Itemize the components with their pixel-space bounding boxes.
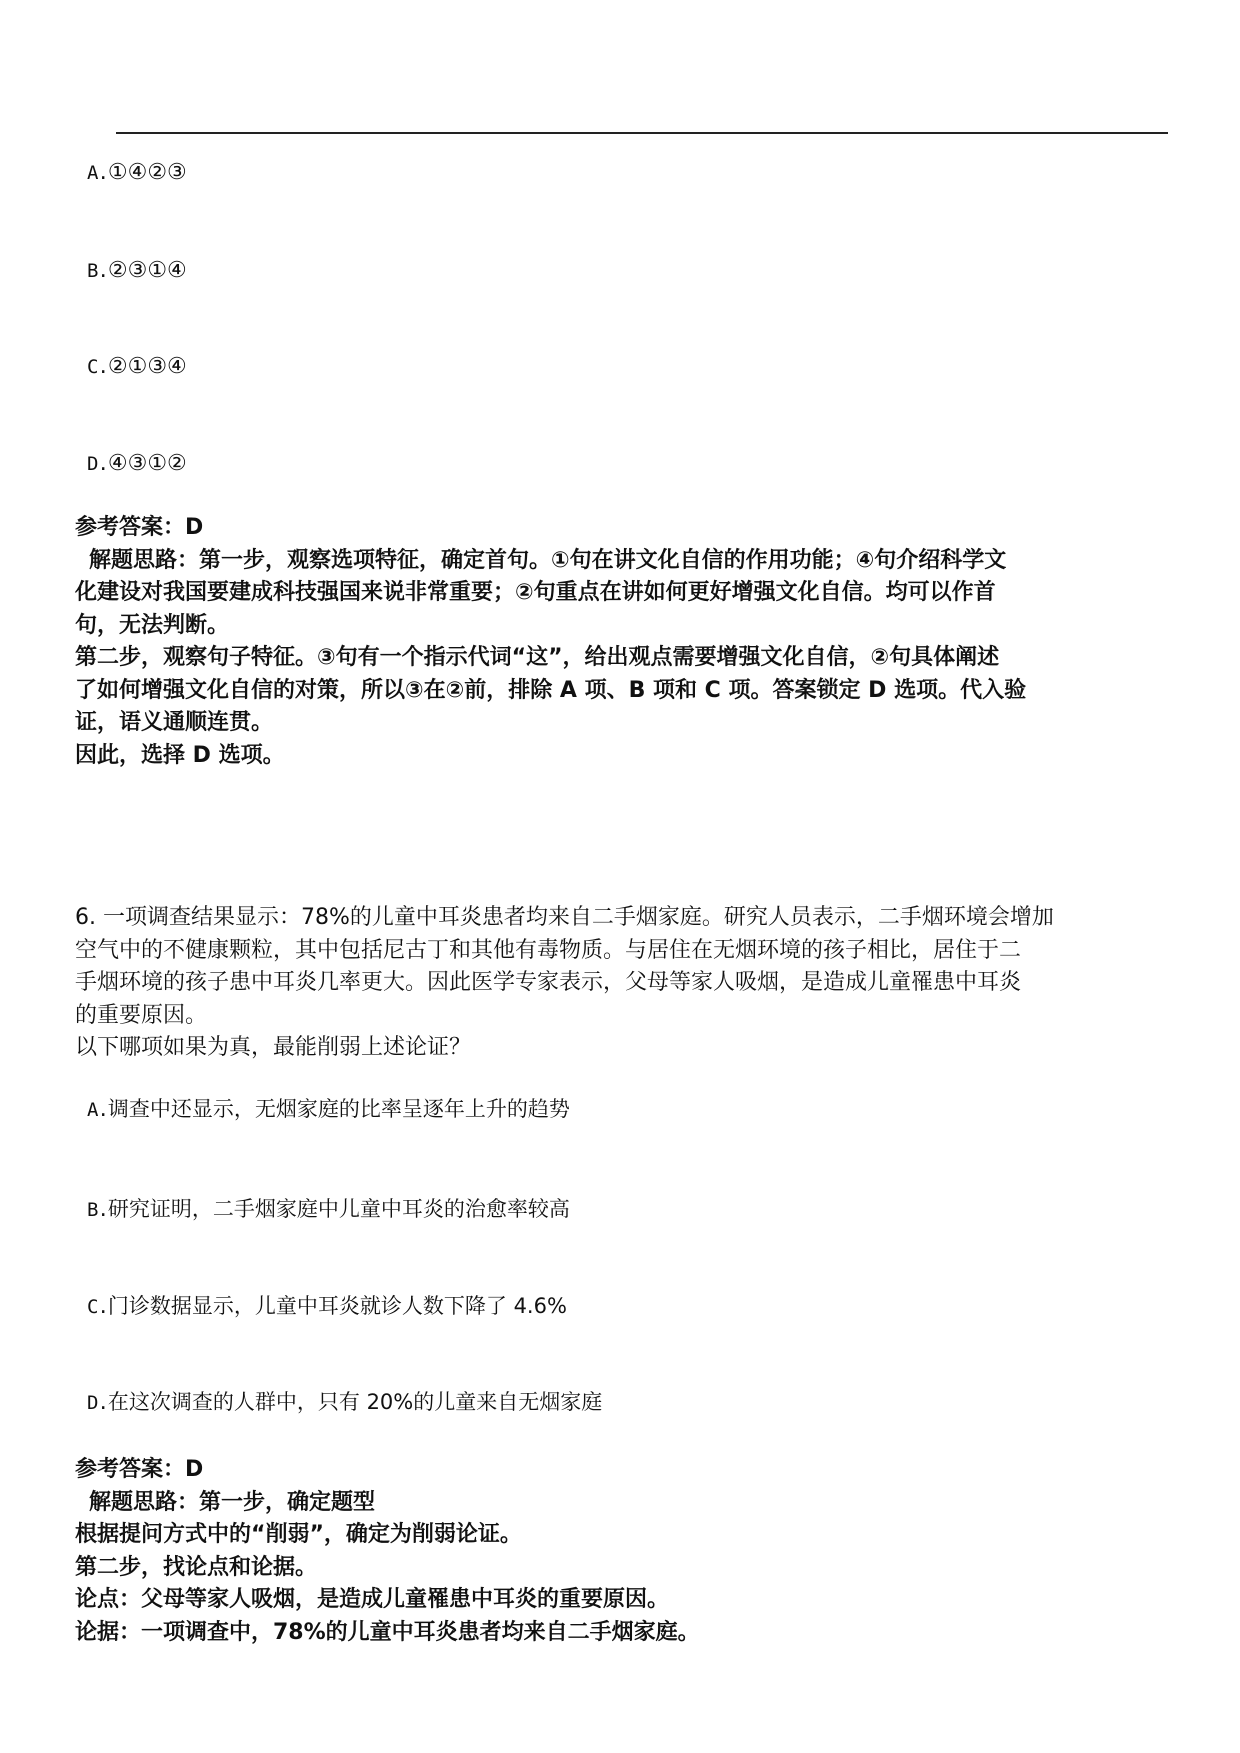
stem-line: 手烟环境的孩子患中耳炎几率更大。因此医学专家表示，父母等家人吸烟，是造成儿童罹患… bbox=[75, 967, 1175, 1000]
explanation-line: 因此，选择 D 选项。 bbox=[75, 740, 1170, 773]
stem-prompt: 以下哪项如果为真，最能削弱上述论证？ bbox=[75, 1032, 1175, 1065]
explanation-line: 第二步，观察句子特征。③句有一个指示代词“这”，给出观点需要增强文化自信，②句具… bbox=[75, 642, 1170, 675]
q5-option-a: A.①④②③ bbox=[87, 158, 187, 187]
option-text: 调查中还显示，无烟家庭的比率呈逐年上升的趋势 bbox=[108, 1097, 570, 1121]
explanation-line: 句，无法判断。 bbox=[75, 610, 1170, 643]
option-letter: D. bbox=[87, 453, 108, 475]
q5-answer-block: 参考答案：D 解题思路：第一步，观察选项特征，确定首句。①句在讲文化自信的作用功… bbox=[75, 512, 1170, 772]
q6-answer-block: 参考答案：D 解题思路：第一步，确定题型 根据提问方式中的“削弱”，确定为削弱论… bbox=[75, 1454, 1170, 1649]
explanation-line: 论点：父母等家人吸烟，是造成儿童罹患中耳炎的重要原因。 bbox=[75, 1584, 1170, 1617]
q5-option-c: C.②①③④ bbox=[87, 352, 187, 381]
option-letter: A. bbox=[87, 162, 108, 184]
explanation-line: 根据提问方式中的“削弱”，确定为削弱论证。 bbox=[75, 1519, 1170, 1552]
q5-option-b: B.②③①④ bbox=[87, 256, 187, 285]
option-letter: B. bbox=[87, 1199, 108, 1221]
explanation-line: 化建设对我国要建成科技强国来说非常重要；②句重点在讲如何更好增强文化自信。均可以… bbox=[75, 577, 1170, 610]
q6-option-b: B.研究证明，二手烟家庭中儿童中耳炎的治愈率较高 bbox=[87, 1195, 570, 1224]
option-text: ④③①② bbox=[108, 451, 187, 476]
option-text: ②①③④ bbox=[108, 354, 187, 379]
explanation-line: 解题思路：第一步，确定题型 bbox=[75, 1487, 1170, 1520]
answer-label: 参考答案：D bbox=[75, 512, 1170, 545]
explanation-line: 证，语义通顺连贯。 bbox=[75, 707, 1170, 740]
answer-label: 参考答案：D bbox=[75, 1454, 1170, 1487]
explanation-line: 论据：一项调查中，78%的儿童中耳炎患者均来自二手烟家庭。 bbox=[75, 1617, 1170, 1650]
explanation-line: 了如何增强文化自信的对策，所以③在②前，排除 A 项、B 项和 C 项。答案锁定… bbox=[75, 675, 1170, 708]
option-text: 门诊数据显示，儿童中耳炎就诊人数下降了 4.6% bbox=[108, 1294, 567, 1318]
q5-option-d: D.④③①② bbox=[87, 449, 187, 478]
option-letter: C. bbox=[87, 1296, 108, 1318]
option-text: ①④②③ bbox=[108, 160, 187, 185]
option-letter: A. bbox=[87, 1099, 108, 1121]
q6-option-d: D.在这次调查的人群中，只有 20%的儿童来自无烟家庭 bbox=[87, 1388, 602, 1417]
q6-option-c: C.门诊数据显示，儿童中耳炎就诊人数下降了 4.6% bbox=[87, 1292, 567, 1321]
stem-line: 空气中的不健康颗粒，其中包括尼古丁和其他有毒物质。与居住在无烟环境的孩子相比，居… bbox=[75, 935, 1175, 968]
option-letter: D. bbox=[87, 1392, 108, 1414]
q6-stem: 6. 一项调查结果显示：78%的儿童中耳炎患者均来自二手烟家庭。研究人员表示，二… bbox=[75, 902, 1175, 1065]
stem-line: 的重要原因。 bbox=[75, 1000, 1175, 1033]
explanation-line: 解题思路：第一步，观察选项特征，确定首句。①句在讲文化自信的作用功能；④句介绍科… bbox=[75, 545, 1170, 578]
option-text: 在这次调查的人群中，只有 20%的儿童来自无烟家庭 bbox=[108, 1390, 602, 1414]
option-letter: B. bbox=[87, 260, 108, 282]
q6-option-a: A.调查中还显示，无烟家庭的比率呈逐年上升的趋势 bbox=[87, 1095, 570, 1124]
header-divider bbox=[116, 132, 1168, 134]
option-text: 研究证明，二手烟家庭中儿童中耳炎的治愈率较高 bbox=[108, 1197, 570, 1221]
option-text: ②③①④ bbox=[108, 258, 187, 283]
explanation-line: 第二步，找论点和论据。 bbox=[75, 1552, 1170, 1585]
option-letter: C. bbox=[87, 356, 108, 378]
stem-line: 6. 一项调查结果显示：78%的儿童中耳炎患者均来自二手烟家庭。研究人员表示，二… bbox=[75, 902, 1175, 935]
